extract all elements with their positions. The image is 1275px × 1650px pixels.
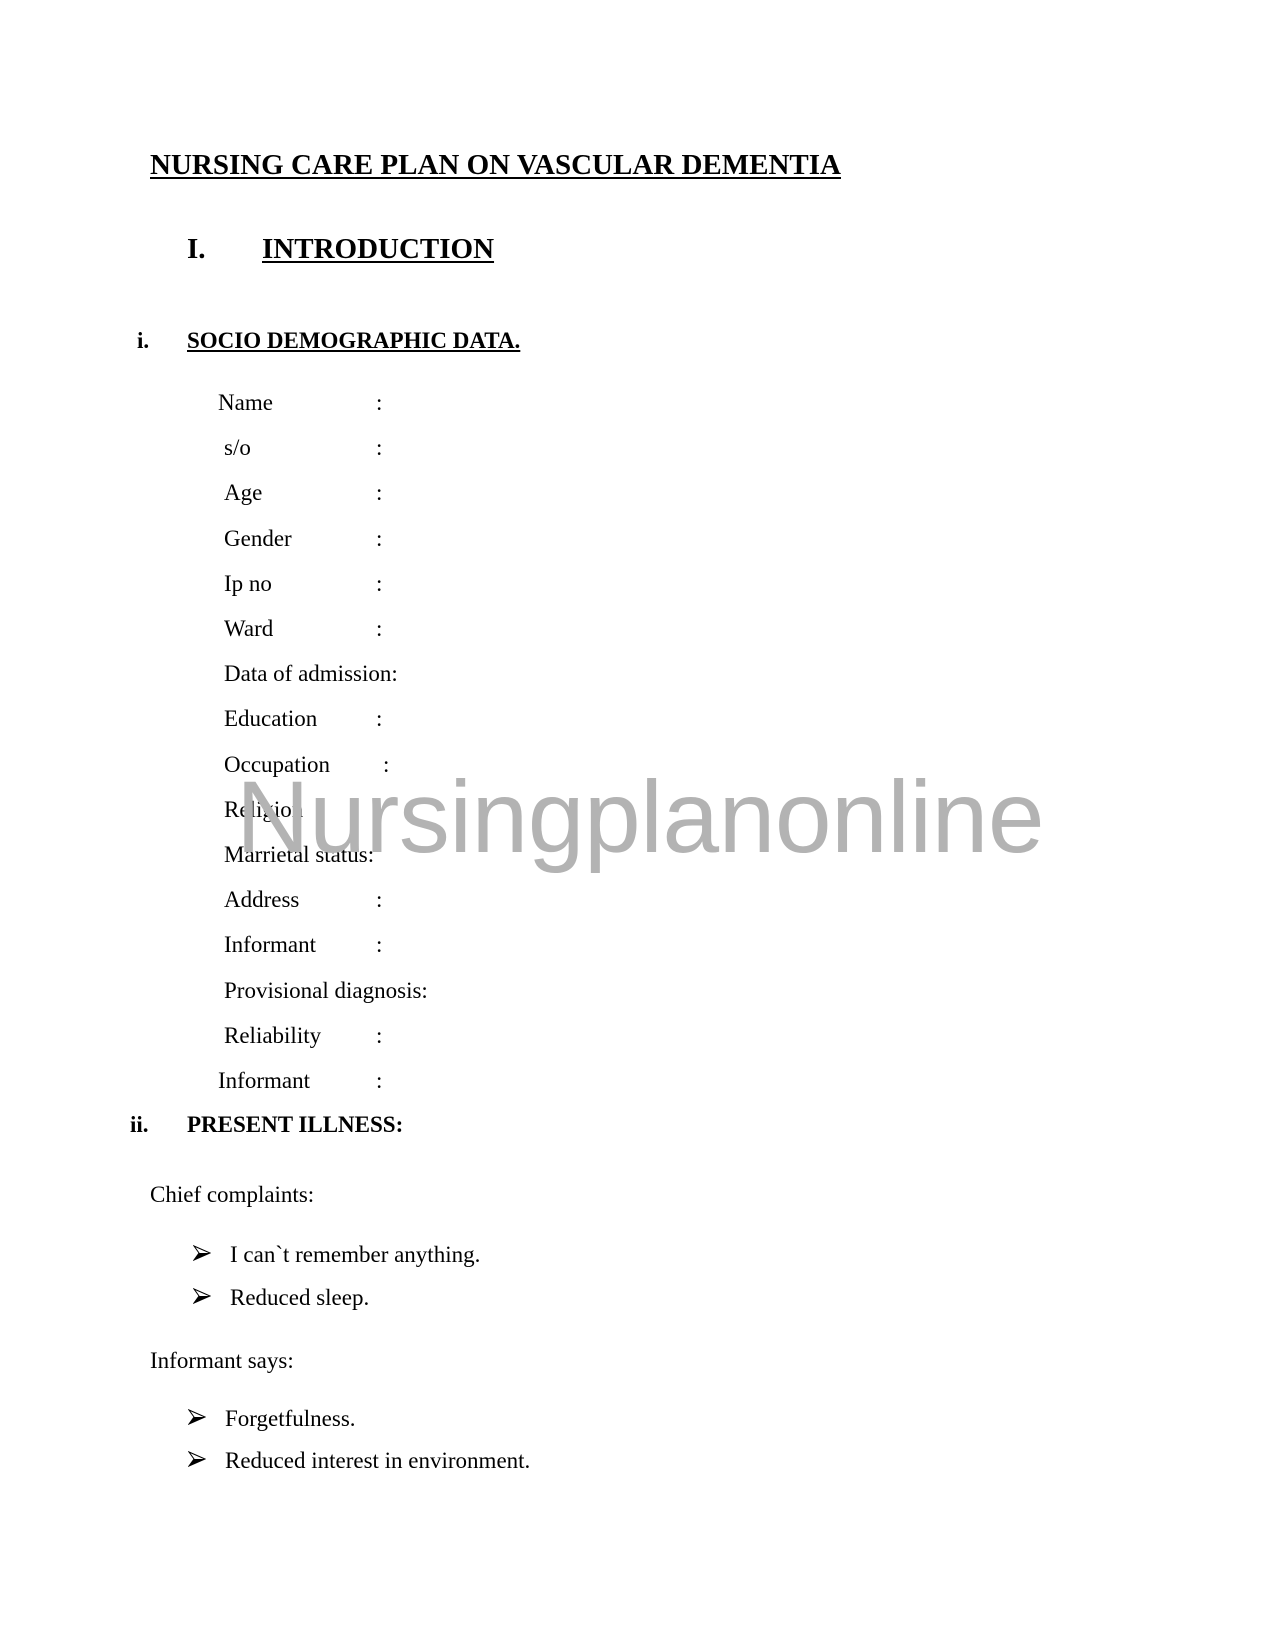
arrowhead-bullet-icon [193, 1288, 211, 1304]
field-label: s/o [224, 436, 251, 459]
field-colon: : [376, 572, 382, 595]
field-label: Ward [224, 617, 273, 640]
arrowhead-bullet-icon [193, 1245, 211, 1261]
arrowhead-bullet-icon [188, 1451, 206, 1467]
field-colon: : [376, 617, 382, 640]
subsection-heading-illness: PRESENT ILLNESS: [187, 1113, 403, 1136]
field-label: Address [224, 888, 299, 911]
subsection-heading-socio: SOCIO DEMOGRAPHIC DATA. [187, 329, 520, 352]
field-colon: : [383, 753, 389, 776]
document-title: NURSING CARE PLAN ON VASCULAR DEMENTIA [150, 151, 841, 180]
field-label: Education [224, 707, 317, 730]
field-label: Occupation [224, 753, 330, 776]
field-colon: : [376, 707, 382, 730]
field-label: Informant [224, 933, 316, 956]
field-label: Ip no [224, 572, 272, 595]
field-colon: : [376, 436, 382, 459]
field-colon: : [376, 481, 382, 504]
field-label: Marrietal status: [224, 843, 374, 866]
field-label: Reliability [224, 1024, 321, 1047]
field-label: Name [218, 391, 273, 414]
list-item-text: Reduced interest in environment. [225, 1449, 530, 1472]
subsection-number-illness: ii. [130, 1113, 149, 1136]
field-colon: : [376, 527, 382, 550]
list-item-text: Forgetfulness. [225, 1407, 356, 1430]
field-colon: : [376, 1024, 382, 1047]
field-label: Age [224, 481, 262, 504]
field-label: Informant [218, 1069, 310, 1092]
arrowhead-bullet-icon [188, 1409, 206, 1425]
field-colon: : [376, 391, 382, 414]
list-item-text: Reduced sleep. [230, 1286, 369, 1309]
field-label: Data of admission: [224, 662, 398, 685]
field-label: Religion [224, 798, 303, 821]
section-number: I. [187, 235, 206, 264]
list-item-text: I can`t remember anything. [230, 1243, 480, 1266]
field-label: Gender [224, 527, 292, 550]
chief-complaints-label: Chief complaints: [150, 1183, 314, 1206]
section-heading: INTRODUCTION [262, 235, 494, 264]
subsection-number-socio: i. [137, 329, 149, 352]
field-label: Provisional diagnosis: [224, 979, 428, 1002]
field-colon: : [376, 888, 382, 911]
field-colon: : [376, 1069, 382, 1092]
informant-says-label: Informant says: [150, 1349, 294, 1372]
field-colon: : [376, 933, 382, 956]
